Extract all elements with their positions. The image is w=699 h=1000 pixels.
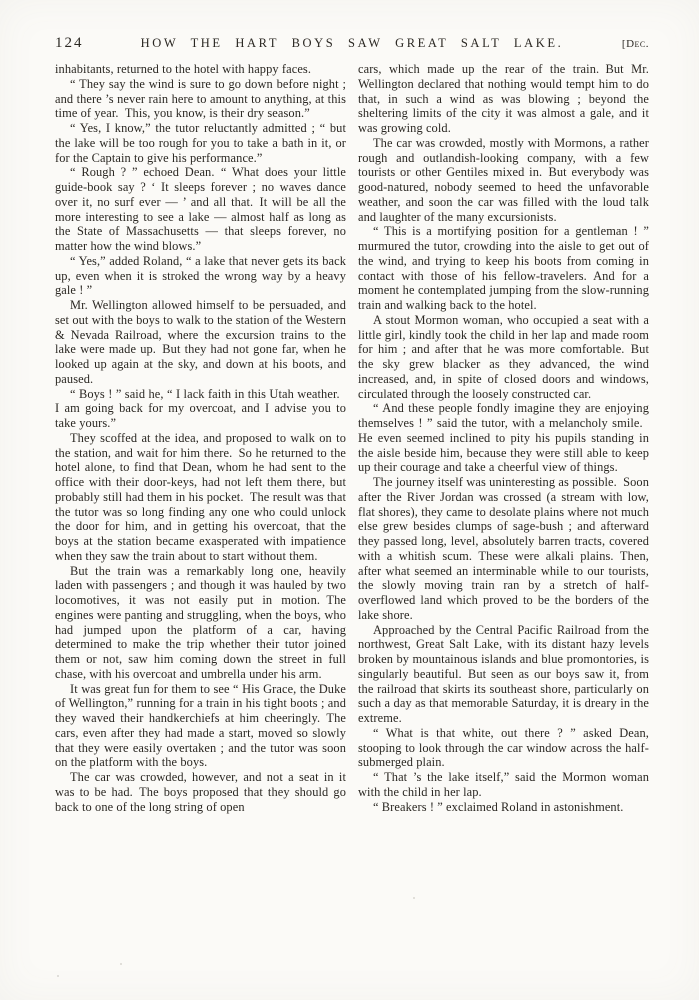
page-number: 124	[55, 35, 115, 52]
paragraph: Mr. Wellington allowed himself to be per…	[55, 298, 346, 387]
paragraph: cars, which made up the rear of the trai…	[358, 62, 649, 136]
paragraph: The car was crowded, mostly with Mormons…	[358, 136, 649, 225]
paragraph: They scoffed at the idea, and proposed t…	[55, 431, 346, 564]
book-page: 124 HOW THE HART BOYS SAW GREAT SALT LAK…	[0, 0, 699, 1000]
paragraph: “ What is that white, out there ? ” aske…	[358, 726, 649, 770]
scan-speck	[57, 975, 59, 977]
paragraph: “ Breakers ! ” exclaimed Roland in aston…	[358, 800, 649, 815]
running-header: 124 HOW THE HART BOYS SAW GREAT SALT LAK…	[55, 35, 649, 52]
running-title: HOW THE HART BOYS SAW GREAT SALT LAKE.	[115, 36, 589, 51]
scan-speck	[413, 897, 415, 899]
paragraph: “ This is a mortifying position for a ge…	[358, 224, 649, 313]
paragraph: It was great fun for them to see “ His G…	[55, 682, 346, 771]
text-columns: inhabitants, returned to the hotel with …	[55, 62, 649, 814]
paragraph: But the train was a remarkably long one,…	[55, 564, 346, 682]
paragraph: inhabitants, returned to the hotel with …	[55, 62, 346, 77]
paragraph: “ Rough ? ” echoed Dean. “ What does you…	[55, 165, 346, 254]
paragraph: The car was crowded, however, and not a …	[55, 770, 346, 814]
right-column: cars, which made up the rear of the trai…	[358, 62, 649, 814]
paragraph: “ And these people fondly imagine they a…	[358, 401, 649, 475]
paragraph: A stout Mormon woman, who occupied a sea…	[358, 313, 649, 402]
left-column: inhabitants, returned to the hotel with …	[55, 62, 346, 814]
paragraph: The journey itself was uninteresting as …	[358, 475, 649, 623]
paragraph: “ Boys ! ” said he, “ I lack faith in th…	[55, 387, 346, 431]
paragraph: “ That ’s the lake itself,” said the Mor…	[358, 770, 649, 800]
paragraph: “ They say the wind is sure to go down b…	[55, 77, 346, 121]
scan-speck	[120, 963, 122, 965]
issue-date-marker: [Dec.	[589, 38, 649, 50]
paragraph: “ Yes,” added Roland, “ a lake that neve…	[55, 254, 346, 298]
paragraph: “ Yes, I know,” the tutor reluctantly ad…	[55, 121, 346, 165]
paragraph: Approached by the Central Pacific Railro…	[358, 623, 649, 726]
